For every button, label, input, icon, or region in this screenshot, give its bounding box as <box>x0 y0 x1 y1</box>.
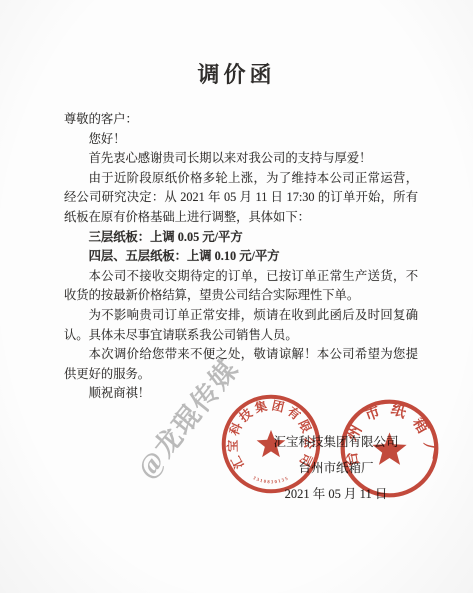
svg-text:3310830135: 3310830135 <box>252 476 290 485</box>
letter-body: 尊敬的客户： 您好！ 首先衷心感谢贵司长期以来对我公司的支持与厚爱！ 由于近阶段… <box>64 110 418 404</box>
paragraph-greeting: 您好！ <box>64 130 418 150</box>
paragraph-reason: 由于近阶段原纸价格多轮上涨，为了维持本公司正常运营，经公司研究决定：从 2021… <box>64 169 418 228</box>
salutation-line: 尊敬的客户： <box>64 110 418 130</box>
seal-star-icon <box>372 432 406 464</box>
factory-seal-stamp: 台州市纸箱厂 <box>338 397 441 500</box>
scanned-letter-page: 调价函 尊敬的客户： 您好！ 首先衷心感谢贵司长期以来对我公司的支持与厚爱！ 由… <box>0 0 473 593</box>
price-line-4-5-layer: 四层、五层纸板：上调 0.10 元/平方 <box>64 247 418 267</box>
document-title: 调价函 <box>0 58 473 89</box>
seal-star-icon <box>257 430 286 457</box>
price-line-3-layer: 三层纸板：上调 0.05 元/平方 <box>64 228 418 248</box>
paragraph-confirmation-request: 为不影响贵司订单正常安排，烦请在收到此函后及时回复确认。具体未尽事宜请联系我公司… <box>64 306 418 345</box>
paragraph-order-policy: 本公司不接收交期待定的订单，已按订单正常生产送货，不收货的按最新价格结算，望贵公… <box>64 267 418 306</box>
company-seal-stamp: 汇宝科技集团有限公司 3310830135 <box>219 392 323 496</box>
seal-registration-code: 3310830135 <box>252 476 290 485</box>
paragraph-apology: 本次调价给您带来不便之处，敬请谅解！本公司希望为您提供更好的服务。 <box>64 345 418 384</box>
paragraph-thanks: 首先衷心感谢贵司长期以来对我公司的支持与厚爱！ <box>64 149 418 169</box>
